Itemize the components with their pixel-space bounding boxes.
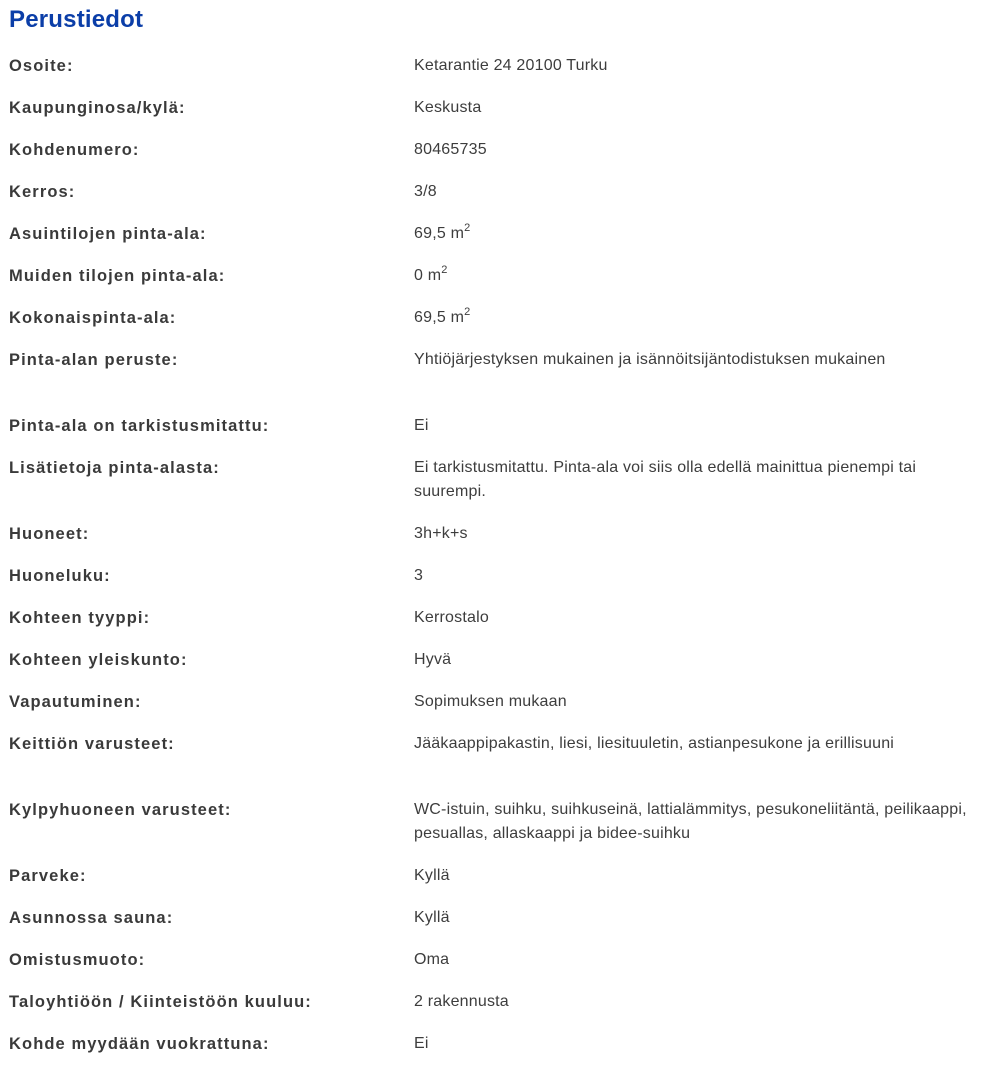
detail-row: Kohteen yleiskunto:Hyvä [9,648,985,690]
detail-value: Yhtiöjärjestyksen mukainen ja isännöitsi… [414,348,985,372]
detail-row: Taloyhtiöön / Kiinteistöön kuuluu:2 rake… [9,990,985,1032]
detail-value-text: Kyllä [414,867,450,884]
detail-row: Pinta-alan peruste:Yhtiöjärjestyksen muk… [9,348,985,414]
detail-row: Parveke:Kyllä [9,864,985,906]
detail-row: Kaupunginosa/kylä:Keskusta [9,96,985,138]
detail-value: Ei [414,414,985,438]
detail-value: Hyvä [414,648,985,672]
section-title: Perustiedot [9,0,985,40]
detail-row: Kerros:3/8 [9,180,985,222]
detail-value: 0 m2 [414,264,985,288]
detail-row: Keittiön varusteet:Jääkaappipakastin, li… [9,732,985,798]
detail-row: Kohteen tyyppi:Kerrostalo [9,606,985,648]
basic-info-section: Perustiedot Osoite:Ketarantie 24 20100 T… [0,0,985,1074]
detail-value-text: Ei tarkistusmitattu. Pinta-ala voi siis … [414,459,916,500]
detail-label: Asuintilojen pinta-ala: [9,222,414,246]
details-list: Osoite:Ketarantie 24 20100 TurkuKaupungi… [9,54,985,1074]
detail-value: WC-istuin, suihku, suihkuseinä, lattialä… [414,798,985,846]
unit-superscript: 2 [464,306,470,318]
detail-value-text: Ei [414,417,429,434]
detail-value: Ketarantie 24 20100 Turku [414,54,985,78]
detail-value-text: Yhtiöjärjestyksen mukainen ja isännöitsi… [414,351,886,368]
detail-value-text: WC-istuin, suihku, suihkuseinä, lattialä… [414,801,967,842]
detail-label: Huoneet: [9,522,414,546]
detail-label: Kerros: [9,180,414,204]
detail-value: Keskusta [414,96,985,120]
detail-value-text: 3/8 [414,183,437,200]
detail-value: Kerrostalo [414,606,985,630]
detail-label: Kaupunginosa/kylä: [9,96,414,120]
detail-row: Pinta-ala on tarkistusmitattu:Ei [9,414,985,456]
unit-superscript: 2 [464,222,470,234]
detail-value-text: Kerrostalo [414,609,489,626]
detail-value-text: Keskusta [414,99,481,116]
detail-row: Asunnossa sauna:Kyllä [9,906,985,948]
detail-label: Lisätietoja pinta-alasta: [9,456,414,480]
detail-label: Kohteen yleiskunto: [9,648,414,672]
detail-value-text: 69,5 m [414,309,464,326]
detail-row: Vapautuminen:Sopimuksen mukaan [9,690,985,732]
detail-value-text: 3h+k+s [414,525,468,542]
unit-superscript: 2 [441,264,447,276]
detail-value: 3/8 [414,180,985,204]
detail-row: Osoite:Ketarantie 24 20100 Turku [9,54,985,96]
detail-value-text: 69,5 m [414,225,464,242]
detail-label: Kokonaispinta-ala: [9,306,414,330]
detail-label: Pinta-alan peruste: [9,348,414,372]
detail-row: Huoneet:3h+k+s [9,522,985,564]
detail-value-text: Jääkaappipakastin, liesi, liesituuletin,… [414,735,894,752]
detail-value-text: 0 m [414,267,441,284]
detail-row: Kohde myydään vuokrattuna:Ei [9,1032,985,1074]
detail-label: Kylpyhuoneen varusteet: [9,798,414,822]
detail-label: Parveke: [9,864,414,888]
detail-row: Lisätietoja pinta-alasta:Ei tarkistusmit… [9,456,985,522]
detail-label: Huoneluku: [9,564,414,588]
detail-row: Kylpyhuoneen varusteet:WC-istuin, suihku… [9,798,985,864]
detail-row: Kohdenumero:80465735 [9,138,985,180]
detail-value-text: Ketarantie 24 20100 Turku [414,57,608,74]
detail-value: Ei [414,1032,985,1056]
detail-value: 80465735 [414,138,985,162]
detail-label: Vapautuminen: [9,690,414,714]
detail-value: 3 [414,564,985,588]
detail-value: 2 rakennusta [414,990,985,1014]
detail-value: Ei tarkistusmitattu. Pinta-ala voi siis … [414,456,985,504]
detail-value-text: Kyllä [414,909,450,926]
detail-label: Keittiön varusteet: [9,732,414,756]
detail-row: Huoneluku:3 [9,564,985,606]
detail-label: Kohteen tyyppi: [9,606,414,630]
detail-row: Omistusmuoto:Oma [9,948,985,990]
detail-value: Sopimuksen mukaan [414,690,985,714]
detail-value: Kyllä [414,864,985,888]
detail-value-text: Sopimuksen mukaan [414,693,567,710]
detail-value: Kyllä [414,906,985,930]
detail-row: Muiden tilojen pinta-ala:0 m2 [9,264,985,306]
detail-label: Kohde myydään vuokrattuna: [9,1032,414,1056]
detail-row: Kokonaispinta-ala:69,5 m2 [9,306,985,348]
detail-label: Muiden tilojen pinta-ala: [9,264,414,288]
detail-value-text: Hyvä [414,651,451,668]
detail-value: 69,5 m2 [414,222,985,246]
detail-value: Jääkaappipakastin, liesi, liesituuletin,… [414,732,985,756]
detail-label: Kohdenumero: [9,138,414,162]
detail-value: Oma [414,948,985,972]
detail-value-text: Oma [414,951,449,968]
detail-label: Pinta-ala on tarkistusmitattu: [9,414,414,438]
detail-value: 3h+k+s [414,522,985,546]
detail-value: 69,5 m2 [414,306,985,330]
detail-value-text: Ei [414,1035,429,1052]
detail-value-text: 2 rakennusta [414,993,509,1010]
detail-label: Osoite: [9,54,414,78]
detail-value-text: 3 [414,567,423,584]
detail-value-text: 80465735 [414,141,487,158]
detail-label: Omistusmuoto: [9,948,414,972]
detail-label: Asunnossa sauna: [9,906,414,930]
detail-label: Taloyhtiöön / Kiinteistöön kuuluu: [9,990,414,1014]
detail-row: Asuintilojen pinta-ala:69,5 m2 [9,222,985,264]
